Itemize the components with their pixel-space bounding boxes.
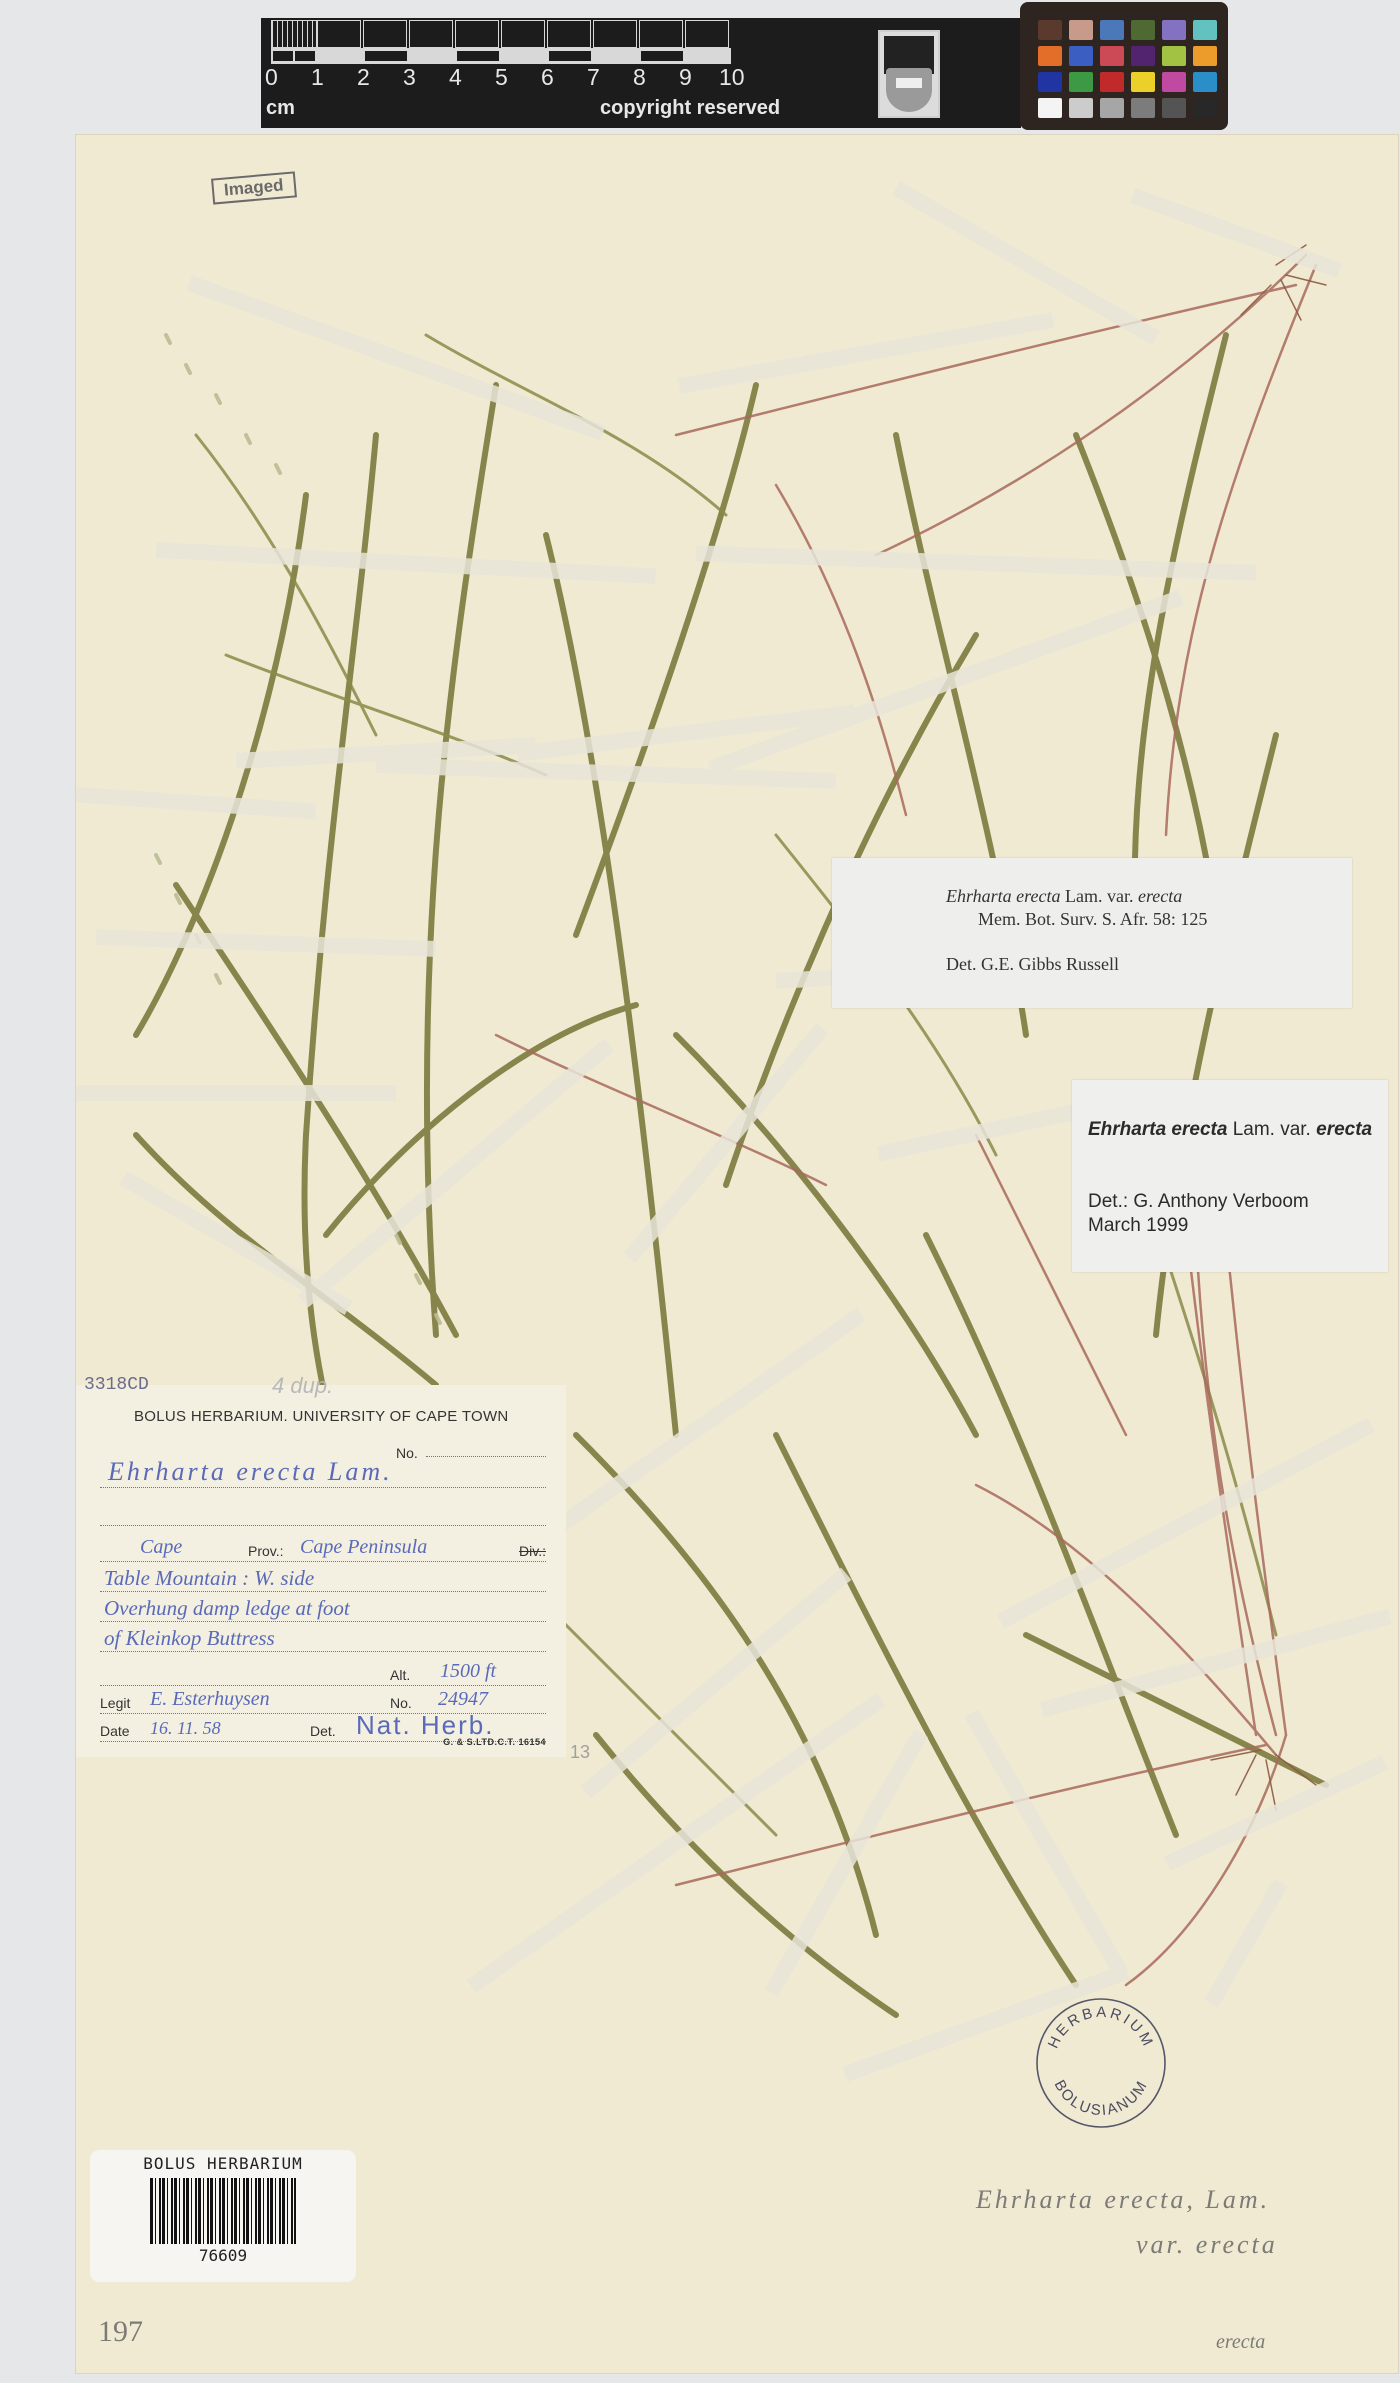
altitude-value: 1500 ft: [440, 1660, 496, 1683]
taxon-handwritten: Ehrharta erecta Lam.: [108, 1457, 393, 1487]
pencil-corner-number: 197: [98, 2315, 143, 2349]
side-mark: 13: [570, 1742, 590, 1763]
div-label: Div.:: [519, 1543, 546, 1559]
svg-text:BOLUSIANUM: BOLUSIANUM: [1051, 2077, 1152, 2119]
determiner: Det.: G. Anthony Verboom: [1088, 1190, 1309, 1214]
pencil-bottom-note: erecta: [1216, 2331, 1265, 2354]
herbarium-bolusianum-stamp: HERBARIUM BOLUSIANUM: [1033, 1995, 1169, 2131]
taxon-name: Ehrharta erecta: [946, 886, 1061, 906]
collector-number-label: No.: [390, 1695, 412, 1711]
label-header: BOLUS HERBARIUM. UNIVERSITY OF CAPE TOWN: [134, 1408, 509, 1425]
color-calibration-card: [1020, 2, 1228, 130]
stamp-top-text: HERBARIUM: [1045, 2004, 1157, 2051]
locality-line-3: of Kleinkop Buttress: [104, 1626, 275, 1651]
color-swatch: [1069, 98, 1093, 118]
printer-mark: G. & S.LTD.C.T. 16154: [443, 1737, 546, 1747]
taxon-author: Lam. var.: [1065, 886, 1133, 906]
alt-label: Alt.: [390, 1667, 410, 1683]
herbarium-sheet: Imaged Ehrharta erecta Lam. var. erecta …: [76, 135, 1398, 2373]
color-swatch: [1131, 20, 1155, 40]
color-swatch: [1131, 46, 1155, 66]
duplicate-note: 4 dup.: [272, 1373, 333, 1399]
color-swatch: [1038, 46, 1062, 66]
scale-bar-ticks: [271, 20, 731, 64]
pencil-determination-line-2: var. erecta: [1136, 2230, 1278, 2260]
taxon-name: Ehrharta erecta: [1088, 1119, 1227, 1140]
color-swatch: [1193, 72, 1217, 92]
color-swatch: [1193, 98, 1217, 118]
scale-bar: 0 1 2 3 4 5 6 7 8 9 10 cm copyright rese…: [261, 18, 1021, 128]
scale-bar-labels: 0 1 2 3 4 5 6 7 8 9 10: [265, 64, 745, 94]
taxon-variety: erecta: [1316, 1119, 1372, 1140]
color-swatch: [1100, 72, 1124, 92]
color-swatch: [1193, 20, 1217, 40]
province-value: Cape: [140, 1536, 182, 1559]
color-swatch: [1069, 72, 1093, 92]
color-swatch: [1162, 72, 1186, 92]
color-swatch: [1100, 98, 1124, 118]
grid-reference: 3318CD: [84, 1375, 149, 1395]
color-swatch: [1131, 98, 1155, 118]
barcode-icon: [150, 2178, 296, 2244]
legit-label: Legit: [100, 1695, 130, 1711]
collector-number: 24947: [438, 1688, 488, 1711]
color-swatch: [1038, 72, 1062, 92]
prov-label: Prov.:: [248, 1543, 284, 1559]
color-swatch: [1038, 98, 1062, 118]
color-swatch: [1162, 98, 1186, 118]
stamp-bottom-text: BOLUSIANUM: [1051, 2077, 1152, 2119]
color-swatch: [1193, 46, 1217, 66]
university-crest-icon: [878, 30, 940, 118]
barcode-number: 76609: [90, 2246, 356, 2265]
locality-line-2: Overhung damp ledge at foot: [104, 1596, 350, 1621]
color-swatch: [1069, 20, 1093, 40]
determination-label-gibbs-russell: Ehrharta erecta Lam. var. erecta Mem. Bo…: [832, 858, 1352, 1008]
svg-text:HERBARIUM: HERBARIUM: [1045, 2004, 1157, 2051]
color-swatch: [1162, 46, 1186, 66]
locality-line-1: Table Mountain : W. side: [104, 1566, 314, 1591]
date-label: Date: [100, 1723, 130, 1739]
collection-date: 16. 11. 58: [150, 1718, 221, 1739]
color-swatch: [1069, 46, 1093, 66]
barcode-label: BOLUS HERBARIUM 76609: [90, 2150, 356, 2282]
color-swatch: [1131, 72, 1155, 92]
color-swatch: [1100, 46, 1124, 66]
barcode-title: BOLUS HERBARIUM: [90, 2154, 356, 2173]
determination-date: March 1999: [1088, 1214, 1188, 1238]
determination-label-verboom: Ehrharta erecta Lam. var. erecta Det.: G…: [1072, 1080, 1388, 1272]
division-value: Cape Peninsula: [300, 1536, 427, 1559]
copyright-notice: copyright reserved: [600, 97, 780, 120]
taxon-author: Lam. var.: [1233, 1119, 1311, 1140]
pencil-determination-line-1: Ehrharta erecta, Lam.: [976, 2185, 1270, 2215]
literature-reference: Mem. Bot. Surv. S. Afr. 58: 125: [978, 909, 1207, 930]
unit-label: cm: [266, 97, 295, 120]
det-label: Det.: [310, 1723, 336, 1739]
collector-name: E. Esterhuysen: [150, 1688, 270, 1711]
collection-label: 3318CD 4 dup. BOLUS HERBARIUM. UNIVERSIT…: [76, 1385, 566, 1757]
taxon-variety: erecta: [1138, 886, 1182, 906]
color-swatch: [1162, 20, 1186, 40]
mm-ticks: [271, 20, 317, 48]
color-swatch: [1038, 20, 1062, 40]
color-swatch: [1100, 20, 1124, 40]
determiner: Det. G.E. Gibbs Russell: [946, 954, 1119, 975]
